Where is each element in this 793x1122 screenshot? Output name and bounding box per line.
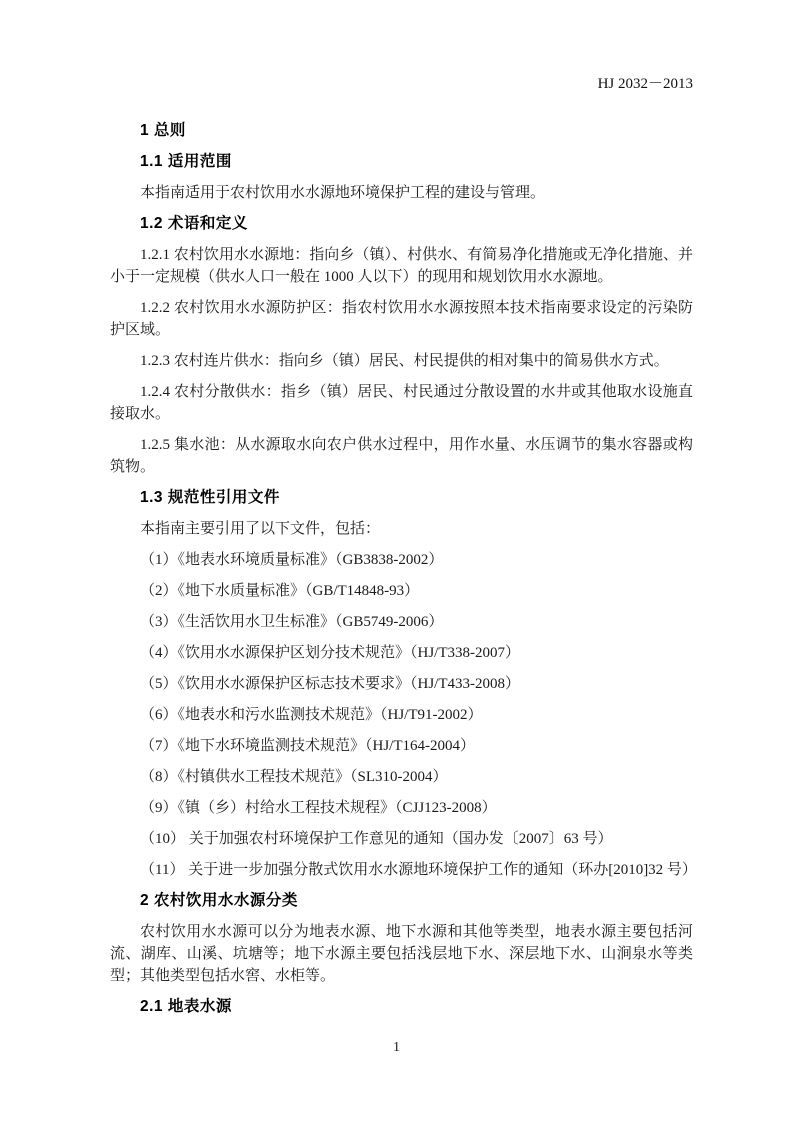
para-classification: 农村饮用水水源可以分为地表水源、地下水源和其他等类型，地表水源主要包括河流、湖库… bbox=[110, 921, 693, 987]
para-references-intro: 本指南主要引用了以下文件，包括： bbox=[110, 518, 693, 540]
doc-header-standard-number: HJ 2032－2013 bbox=[110, 76, 693, 92]
ref-item-11: （11） 关于进一步加强分散式饮用水水源地环境保护工作的通知（环办[2010]3… bbox=[110, 859, 693, 881]
para-term-1-2-4: 1.2.4 农村分散供水：指乡（镇）居民、村民通过分散设置的水井或其他取水设施直… bbox=[110, 381, 693, 425]
page-number: 1 bbox=[0, 1040, 793, 1056]
heading-water-source-classification: 2 农村饮用水水源分类 bbox=[110, 890, 693, 912]
ref-item-6: （6）《地表水和污水监测技术规范》（HJ/T91-2002） bbox=[110, 704, 693, 726]
ref-item-2: （2）《地下水质量标准》（GB/T14848-93） bbox=[110, 580, 693, 602]
ref-item-8: （8）《村镇供水工程技术规范》（SL310-2004） bbox=[110, 766, 693, 788]
ref-item-3: （3）《生活饮用水卫生标准》（GB5749-2006） bbox=[110, 611, 693, 633]
heading-scope: 1.1 适用范围 bbox=[110, 151, 693, 173]
ref-item-4: （4）《饮用水水源保护区划分技术规范》（HJ/T338-2007） bbox=[110, 642, 693, 664]
ref-item-10: （10） 关于加强农村环境保护工作意见的通知（国办发〔2007〕63 号） bbox=[110, 828, 693, 850]
para-term-1-2-1: 1.2.1 农村饮用水水源地：指向乡（镇）、村供水、有简易净化措施或无净化措施、… bbox=[110, 244, 693, 288]
heading-general-rules: 1 总则 bbox=[110, 120, 693, 142]
para-term-1-2-3: 1.2.3 农村连片供水：指向乡（镇）居民、村民提供的相对集中的简易供水方式。 bbox=[110, 350, 693, 372]
ref-item-7: （7）《地下水环境监测技术规范》（HJ/T164-2004） bbox=[110, 735, 693, 757]
doc-page: HJ 2032－2013 1 总则 1.1 适用范围 本指南适用于农村饮用水水源… bbox=[0, 0, 793, 1122]
heading-surface-water-source: 2.1 地表水源 bbox=[110, 996, 693, 1018]
para-term-1-2-2: 1.2.2 农村饮用水水源防护区：指农村饮用水水源按照本技术指南要求设定的污染防… bbox=[110, 297, 693, 341]
para-term-1-2-5: 1.2.5 集水池：从水源取水向农户供水过程中，用作水量、水压调节的集水容器或构… bbox=[110, 434, 693, 478]
ref-item-5: （5）《饮用水水源保护区标志技术要求》（HJ/T433-2008） bbox=[110, 673, 693, 695]
heading-normative-references: 1.3 规范性引用文件 bbox=[110, 487, 693, 509]
ref-item-9: （9）《镇（乡）村给水工程技术规程》（CJJ123-2008） bbox=[110, 797, 693, 819]
heading-terms-definitions: 1.2 术语和定义 bbox=[110, 213, 693, 235]
para-scope: 本指南适用于农村饮用水水源地环境保护工程的建设与管理。 bbox=[110, 182, 693, 204]
ref-item-1: （1）《地表水环境质量标准》（GB3838-2002） bbox=[110, 549, 693, 571]
